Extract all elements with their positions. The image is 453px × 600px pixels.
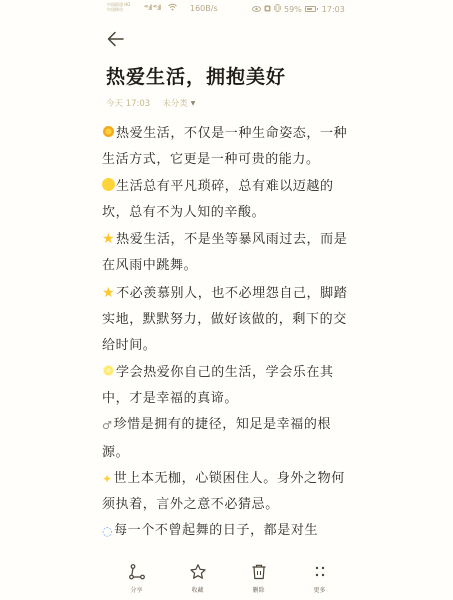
paragraph: ★不必羡慕别人，也不必埋怨自己，脚踏实地，默默努力，做好该做的，剩下的交给时间。 <box>102 280 354 360</box>
back-button[interactable] <box>106 30 126 48</box>
battery-icon <box>305 6 316 12</box>
more-label: 更多 <box>313 585 325 594</box>
trash-icon <box>250 563 268 581</box>
status-right: 59% 17:03 <box>252 4 345 14</box>
paragraph: 生活总有平凡琐碎，总有难以迈越的坎，总有不为人知的辛酸。 <box>102 174 354 227</box>
vibrate-icon <box>274 4 281 14</box>
paragraph: ★热爱生活，不是坐等暴风雨过去，而是在风雨中跳舞。 <box>102 226 354 280</box>
caret-down-icon: ▼ <box>191 100 196 107</box>
network-speed: 160B/s <box>190 4 218 13</box>
more-button[interactable]: 更多 <box>295 563 345 600</box>
phone-screen: 中国联通 HD 中国移动 ⁴⁶.ıll ⁴⁶.ıll 160B/s 59% 17… <box>100 0 356 600</box>
paragraph: 热爱生活，不仅是一种生命姿态，一种生活方式，它更是一种可贵的能力。 <box>102 121 354 174</box>
note-meta: 今天 17:03 未分类 ▼ <box>106 97 195 109</box>
eye-comfort-icon <box>252 5 261 14</box>
note-body[interactable]: 热爱生活，不仅是一种生命姿态，一种生活方式，它更是一种可贵的能力。 生活总有平凡… <box>102 121 354 545</box>
battery-percent: 59% <box>284 5 302 14</box>
more-dots-icon <box>311 563 329 581</box>
sparkle-emoji-icon <box>102 364 115 377</box>
star-outline-icon <box>189 563 207 581</box>
carrier-info: 中国联通 HD 中国移动 <box>107 2 130 12</box>
status-bar: 中国联通 HD 中国移动 ⁴⁶.ıll ⁴⁶.ıll 160B/s 59% 17… <box>100 0 356 18</box>
alarm-icon <box>264 5 271 14</box>
category-label: 未分类 <box>162 97 188 109</box>
star-emoji-icon: ★ <box>102 226 115 252</box>
paragraph: ◌每一个不曾起舞的日子，都是对生 <box>102 518 354 544</box>
sun-emoji-icon <box>102 125 115 138</box>
delete-label: 删除 <box>252 585 264 594</box>
delete-button[interactable]: 删除 <box>234 563 284 600</box>
sparkles-emoji-icon: ✦ <box>102 466 113 492</box>
dizzy-emoji-icon: ◌ <box>102 518 113 544</box>
favorite-button[interactable]: 收藏 <box>173 563 223 600</box>
share-label: 分享 <box>130 585 142 594</box>
favorite-label: 收藏 <box>191 585 203 594</box>
male-sign-icon: ♂ <box>102 413 112 439</box>
share-icon <box>128 563 146 581</box>
paragraph: ♂珍惜是拥有的捷径，知足是幸福的根源。 <box>102 412 354 466</box>
star-emoji-icon: ★ <box>102 280 115 306</box>
share-button[interactable]: 分享 <box>112 563 162 600</box>
bottom-toolbar: 分享 收藏 删除 更多 <box>100 563 356 600</box>
clock: 17:03 <box>322 5 345 14</box>
carrier-2: 中国移动 <box>107 7 130 12</box>
note-date: 今天 17:03 <box>106 97 150 109</box>
category-dropdown[interactable]: 未分类 ▼ <box>162 97 195 109</box>
paragraph: 学会热爱你自己的生活，学会乐在其中，才是幸福的真谛。 <box>102 360 354 413</box>
smile-emoji-icon <box>102 178 115 191</box>
paragraph: ✦世上本无枷，心锁困住人。身外之物何须执着，言外之意不必猜忌。 <box>102 466 354 519</box>
note-title: 热爱生活，拥抱美好 <box>106 62 286 89</box>
wifi-icon <box>168 3 177 13</box>
arrow-left-icon <box>106 30 126 48</box>
signal-icon: ⁴⁶.ıll ⁴⁶.ıll <box>144 4 161 12</box>
